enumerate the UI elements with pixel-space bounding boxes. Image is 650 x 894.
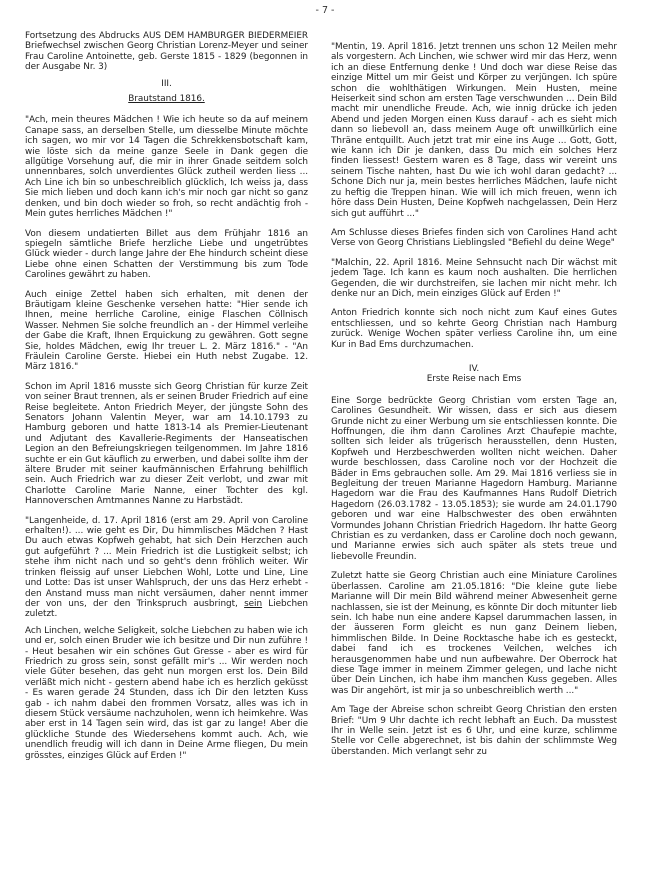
paragraph: "Ach, mein theures Mädchen ! Wie ich heu… — [25, 115, 308, 219]
paragraph: Auch einige Zettel haben sich erhalten, … — [25, 290, 308, 373]
paragraph: Anton Friedrich konnte sich noch nicht z… — [331, 308, 617, 350]
paragraph: Am Schlusse dieses Briefes finden sich v… — [331, 228, 617, 249]
paragraph: Am Tage der Abreise schon schreibt Georg… — [331, 705, 617, 757]
left-column: Fortsetzung des Abdrucks AUS DEM HAMBURG… — [25, 31, 308, 770]
paragraph: Schon im April 1816 musste sich Georg Ch… — [25, 382, 308, 507]
letter-malchin: "Malchin, 22. April 1816. Meine Sehnsuch… — [331, 258, 617, 300]
paragraph: Eine Sorge bedrückte Georg Christian vom… — [331, 396, 617, 563]
section-title-brautstand: Brautstand 1816. — [25, 94, 308, 104]
section-title-ems: Erste Reise nach Ems — [331, 374, 617, 384]
paragraph: Von diesem undatierten Billet aus dem Fr… — [25, 229, 308, 281]
letter-mentin: "Mentin, 19. April 1816. Jetzt trennen u… — [331, 42, 617, 219]
section-title-text: Brautstand 1816. — [128, 94, 205, 104]
letter-text: "Langenheide, d. 17. April 1816 (erst am… — [25, 516, 308, 609]
right-column: "Mentin, 19. April 1816. Jetzt trennen u… — [331, 42, 617, 766]
section-number-iii: III. — [25, 79, 308, 89]
paragraph: Zuletzt hatte sie Georg Christian auch e… — [331, 571, 617, 696]
underlined-word: sein — [244, 599, 262, 609]
page-number: - 7 - — [0, 5, 650, 16]
paragraph: Ach Linchen, welche Seligkeit, solche Li… — [25, 626, 308, 761]
intro-paragraph: Fortsetzung des Abdrucks AUS DEM HAMBURG… — [25, 31, 308, 73]
letter-langenheide: "Langenheide, d. 17. April 1816 (erst am… — [25, 516, 308, 620]
section-number-iv: IV. — [331, 364, 617, 374]
